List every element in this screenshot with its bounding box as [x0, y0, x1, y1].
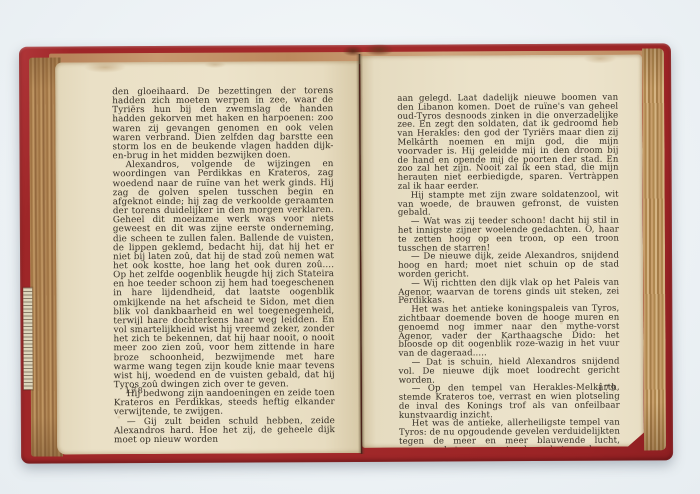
- paragraph: — De nieuwe dijk, zeide Alexandros, snij…: [398, 252, 619, 280]
- right-page-text: aan gelegd. Laat dadelijk nieuwe boomen …: [397, 94, 620, 473]
- right-page-number: 179: [598, 384, 618, 393]
- book: den gloeihaard. De bezettingen der toren…: [0, 0, 700, 494]
- paragraph: — Wat was zij teeder schoon! dacht hij s…: [398, 217, 619, 253]
- left-page-text: den gloeihaard. De bezettingen der toren…: [112, 87, 335, 445]
- page-edges-right: [642, 48, 666, 450]
- left-page-number: 178: [125, 386, 145, 395]
- photo-background: den gloeihaard. De bezettingen der toren…: [0, 0, 700, 494]
- paragraph: — Wij richtten den dijk vlak op het Pale…: [398, 278, 619, 306]
- paragraph: aan gelegd. Laat dadelijk nieuwe boomen …: [397, 94, 619, 192]
- paragraph: Hij bedwong zijn aandoeningen en zeide t…: [114, 389, 335, 418]
- paragraph: — Gij zult beiden schuld hebben, zeide A…: [114, 417, 335, 446]
- paragraph: — Dat is schuin, hield Alexandros snijde…: [399, 357, 620, 385]
- paragraph: Hij stampte met zijn zware soldatenzool,…: [398, 190, 619, 218]
- left-page: den gloeihaard. De bezettingen der toren…: [55, 61, 361, 455]
- paragraph: Het was de antieke, allerheiligste tempe…: [399, 419, 620, 473]
- paragraph: den gloeihaard. De bezettingen der toren…: [112, 87, 333, 161]
- right-page: aan gelegd. Laat dadelijk nieuwe boomen …: [360, 54, 644, 447]
- paragraph: Het was het antieke koningspaleis van Ty…: [398, 305, 619, 359]
- fore-edge-label: [23, 288, 33, 390]
- paragraph: — Op den tempel van Herakles-Melkârth, s…: [399, 384, 620, 420]
- paragraph: Alexandros, volgende de wijzingen en woo…: [113, 160, 335, 390]
